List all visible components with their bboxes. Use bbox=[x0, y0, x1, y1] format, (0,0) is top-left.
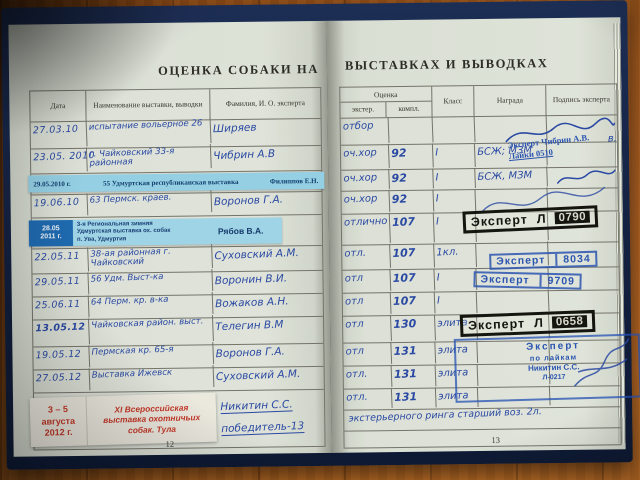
blue-sticker-regional-uva: 28.05 2011 г. 3-я Региональная зимняя Уд… bbox=[29, 217, 282, 246]
comp-cell bbox=[389, 116, 434, 144]
expert-cell: Суховский А.М. bbox=[212, 243, 323, 271]
left-table: Дата Наименование выставки, выводки Фами… bbox=[29, 87, 325, 451]
date-cell: 23.05. 2010 bbox=[31, 147, 88, 173]
event-cell: г. Чайковский 33-я районная bbox=[87, 144, 212, 173]
comp-cell: 107 bbox=[390, 243, 435, 269]
header-sign: Подпись эксперта bbox=[546, 84, 616, 115]
page-title-right: ВЫСТАВКАХ И ВЫВОДКАХ bbox=[345, 56, 549, 73]
ext-cell: отл. bbox=[342, 244, 391, 270]
date-cell: 25.06.11 bbox=[33, 295, 90, 319]
class-cell: I bbox=[433, 143, 476, 169]
table-row-empty bbox=[344, 428, 620, 448]
signature-scribble bbox=[568, 335, 633, 392]
expert-cell: Суховский А.М. bbox=[214, 364, 325, 390]
date-cell: 27.05.12 bbox=[34, 368, 91, 392]
page-number-right: 13 bbox=[491, 435, 500, 445]
ext-cell: отл bbox=[343, 315, 392, 343]
class-cell: I bbox=[434, 268, 477, 292]
header-expert: Фамилия, И. О. эксперта bbox=[210, 88, 320, 119]
sticker-date-line: 28.05 bbox=[42, 225, 60, 234]
sticker-date-line: 2012 г. bbox=[45, 427, 73, 440]
stamp-number: 0658 bbox=[552, 315, 588, 328]
expert-cell: Воронов Г.А. bbox=[213, 341, 324, 367]
expert-cell: Ширяев bbox=[211, 116, 322, 146]
sticker-event-line: п. Ува, Удмуртия bbox=[77, 235, 218, 244]
table-row-sticker: 3 – 5 августа 2012 г. XI Всероссийская в… bbox=[34, 390, 325, 451]
right-table-header: Оценка экстер. компл. Класс Награда Подп… bbox=[340, 84, 616, 118]
header-ext: экстер. bbox=[340, 102, 386, 118]
expert-cell: Вожаков А.Н. bbox=[213, 291, 324, 317]
class-cell: I bbox=[433, 189, 476, 213]
sticker-date-box: 28.05 2011 г. bbox=[29, 220, 73, 247]
class-cell: 1кл. bbox=[434, 243, 477, 269]
comp-cell: 131 bbox=[391, 341, 436, 365]
ext-cell: отл bbox=[343, 342, 392, 366]
sticker-event-line: собак. Тула bbox=[128, 424, 176, 436]
expert-cell: Чибрин А.В bbox=[211, 143, 322, 171]
header-event: Наименование выставки, выводки bbox=[86, 89, 210, 121]
comp-cell: 131 bbox=[392, 364, 437, 388]
award-cell bbox=[477, 289, 550, 314]
comp-cell: 107 bbox=[390, 268, 435, 292]
comp-cell: 131 bbox=[392, 387, 437, 409]
ext-cell: оч.хор bbox=[341, 169, 390, 191]
sticker-event: 3-я Региональная зимняя Удмуртская выста… bbox=[73, 218, 218, 246]
date-cell: 19.06.10 bbox=[31, 193, 88, 217]
comp-cell: 107 bbox=[390, 212, 435, 244]
comp-cell: 92 bbox=[389, 143, 434, 169]
ext-cell: отл. bbox=[344, 388, 393, 410]
page-number-left: 12 bbox=[165, 439, 174, 449]
expert-cell: Никитин С.С. победитель-13 bbox=[220, 391, 332, 439]
stamp-word: Эксперт bbox=[496, 254, 545, 267]
photographed-book: ОЦЕНКА СОБАКИ НА ВЫСТАВКАХ И ВЫВОДКАХ Да… bbox=[1, 0, 633, 470]
sticker-event: XI Всероссийская выставка охотничьих соб… bbox=[87, 393, 217, 446]
date-cell: 19.05.12 bbox=[33, 345, 90, 369]
page-title-left: ОЦЕНКА СОБАКИ НА bbox=[121, 62, 319, 79]
comp-cell: 107 bbox=[391, 291, 436, 315]
stamp-number: 9709 bbox=[539, 275, 575, 288]
stamp-letter: Л bbox=[537, 212, 547, 226]
ext-cell: оч.хор bbox=[341, 190, 390, 214]
comp-cell: 92 bbox=[389, 168, 434, 190]
sticker-expert: Филиппов Е.Н. bbox=[268, 176, 325, 185]
date-cell: 29.05.11 bbox=[32, 272, 89, 296]
sticker-date: 29.05.2010 г. bbox=[28, 179, 73, 188]
stamp-expert-9709: Эксперт 9709 bbox=[473, 271, 582, 289]
stamp-expert-8034: Эксперт 8034 bbox=[489, 251, 598, 270]
date-cell: 27.03.10 bbox=[31, 120, 88, 148]
stamp-word: Эксперт bbox=[471, 213, 529, 230]
sticker-date-line: 2011 г. bbox=[40, 233, 61, 242]
date-cell: 13.05.12 bbox=[33, 318, 90, 346]
event-cell: 38-ая районная г. Чайковский bbox=[88, 244, 213, 273]
expert-cell: Телегин В.М bbox=[213, 314, 324, 344]
class-cell: I bbox=[433, 168, 476, 190]
stamp-word: Эксперт bbox=[480, 273, 529, 286]
sticker-event: 55 Удмуртская республиканская выставка bbox=[74, 177, 268, 187]
event-cell: испытание вольерное 26 bbox=[87, 117, 212, 148]
ext-cell: оч.хор bbox=[341, 144, 390, 170]
expert-cell: Воронин В.И. bbox=[212, 268, 323, 294]
class-cell: I bbox=[435, 291, 478, 315]
comp-cell: 92 bbox=[389, 189, 434, 213]
header-date: Дата bbox=[30, 91, 86, 122]
class-cell bbox=[433, 116, 476, 144]
ext-cell: отл. bbox=[344, 365, 393, 389]
comp-cell: 130 bbox=[391, 314, 436, 342]
stamp-word: Эксперт bbox=[468, 317, 526, 333]
sticker-expert: Рябов В.А. bbox=[218, 217, 282, 244]
expert-cell: Воронов Г.А. bbox=[211, 189, 322, 215]
sticker-date-line: августа bbox=[41, 415, 75, 428]
ext-cell: отбор bbox=[341, 117, 390, 145]
ext-cell: отл bbox=[342, 269, 391, 293]
date-cell: 22.05.11 bbox=[32, 247, 89, 273]
table-row: 23.05. 2010 г. Чайковский 33-я районная … bbox=[31, 146, 321, 175]
header-score-group: Оценка экстер. компл. bbox=[340, 87, 432, 118]
sticker-date: 3 – 5 августа 2012 г. bbox=[30, 396, 88, 447]
header-class: Класс bbox=[432, 86, 474, 117]
header-score: Оценка bbox=[340, 87, 431, 103]
open-pages: ОЦЕНКА СОБАКИ НА ВЫСТАВКАХ И ВЫВОДКАХ Да… bbox=[8, 17, 625, 456]
expert-signature-text: Никитин С.С. bbox=[220, 398, 293, 414]
expert-note: победитель-13 bbox=[221, 420, 304, 436]
stamp-letter: Л bbox=[534, 316, 544, 330]
red-sticker-tula: 3 – 5 августа 2012 г. XI Всероссийская в… bbox=[30, 393, 217, 447]
sticker-date-line: 3 – 5 bbox=[48, 404, 68, 416]
event-cell: Чайковская район. выст. bbox=[89, 315, 214, 346]
event-cell: 63 Пермск. краев. bbox=[87, 190, 212, 217]
ext-cell: отлично bbox=[342, 213, 391, 245]
header-comp: компл. bbox=[386, 102, 431, 118]
blue-sticker-55-udmurt: 29.05.2010 г. 55 Удмуртская республиканс… bbox=[28, 172, 324, 193]
stamp-number: 8034 bbox=[555, 253, 591, 266]
stamp-number: 0790 bbox=[554, 211, 590, 225]
ext-cell: отл bbox=[343, 292, 392, 316]
event-cell: Выставка Ижевск bbox=[90, 365, 215, 392]
header-award: Награда bbox=[474, 85, 546, 116]
